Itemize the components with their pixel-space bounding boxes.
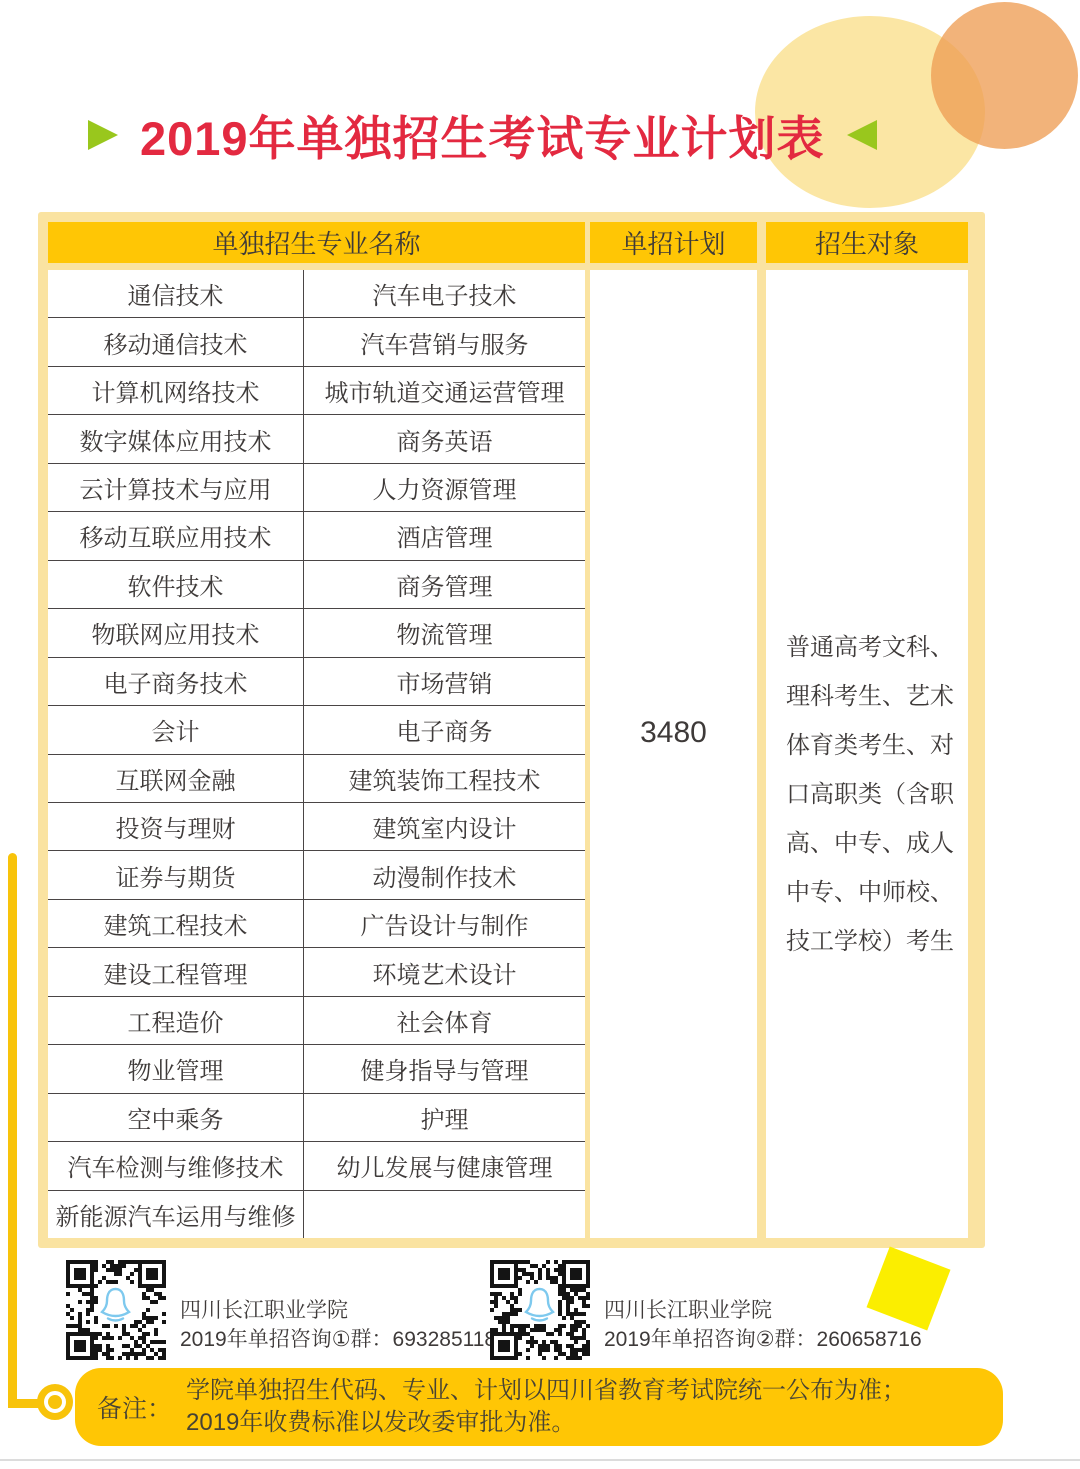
plan-panel: 3480 — [590, 270, 757, 1238]
qr-org-1: 四川长江职业学院 — [180, 1296, 496, 1325]
major-cell: 软件技术 — [48, 561, 304, 608]
table-row: 证券与期货动漫制作技术 — [48, 851, 585, 899]
major-cell: 数字媒体应用技术 — [48, 415, 304, 462]
major-cell: 社会体育 — [304, 997, 585, 1044]
major-cell: 互联网金融 — [48, 755, 304, 802]
table-row: 汽车检测与维修技术幼儿发展与健康管理 — [48, 1142, 585, 1190]
major-cell: 动漫制作技术 — [304, 851, 585, 898]
qr-contact-1: 四川长江职业学院 2019年单招咨询①群：693285118 — [66, 1260, 496, 1360]
table-row: 建设工程管理环境艺术设计 — [48, 948, 585, 996]
major-cell: 商务管理 — [304, 561, 585, 608]
major-cell: 物流管理 — [304, 609, 585, 656]
major-cell: 会计 — [48, 706, 304, 753]
table-row: 工程造价社会体育 — [48, 997, 585, 1045]
triangle-left-icon — [847, 120, 877, 150]
header-target: 招生对象 — [766, 222, 968, 263]
major-cell: 建筑室内设计 — [304, 803, 585, 850]
decorative-orange-circle — [931, 2, 1078, 149]
major-cell: 云计算技术与应用 — [48, 464, 304, 511]
target-panel: 普通高考文科、 理科考生、艺术 体育类考生、对 口高职类（含职 高、中专、成人 … — [766, 270, 968, 1238]
table-row: 电子商务技术市场营销 — [48, 658, 585, 706]
decorative-ring-dot — [48, 1395, 62, 1409]
major-cell: 护理 — [304, 1094, 585, 1141]
note-text: 学院单独招生代码、专业、计划以四川省教育考试院统一公布为准； 2019年收费标准… — [186, 1375, 906, 1439]
qr-caption-1: 四川长江职业学院 2019年单招咨询①群：693285118 — [180, 1296, 496, 1360]
major-cell: 汽车检测与维修技术 — [48, 1142, 304, 1189]
major-cell: 物业管理 — [48, 1045, 304, 1092]
qr-group-number-2: 2019年单招咨询②群：260658716 — [604, 1325, 922, 1354]
major-cell: 新能源汽车运用与维修 — [48, 1191, 304, 1238]
major-cell: 物联网应用技术 — [48, 609, 304, 656]
qr-group-number-1: 2019年单招咨询①群：693285118 — [180, 1325, 496, 1354]
table-row: 通信技术汽车电子技术 — [48, 270, 585, 318]
major-cell: 健身指导与管理 — [304, 1045, 585, 1092]
table-row: 新能源汽车运用与维修 — [48, 1191, 585, 1238]
table-row: 计算机网络技术城市轨道交通运营管理 — [48, 367, 585, 415]
major-cell: 计算机网络技术 — [48, 367, 304, 414]
qr-contact-2: 四川长江职业学院 2019年单招咨询②群：260658716 — [490, 1260, 922, 1360]
title-row: 2019年单独招生考试专业计划表 — [88, 100, 877, 170]
major-cell: 市场营销 — [304, 658, 585, 705]
table-row: 物联网应用技术物流管理 — [48, 609, 585, 657]
table-row: 云计算技术与应用人力资源管理 — [48, 464, 585, 512]
major-cell: 电子商务 — [304, 706, 585, 753]
major-cell: 通信技术 — [48, 270, 304, 317]
table-row: 移动通信技术汽车营销与服务 — [48, 318, 585, 366]
page-title: 2019年单独招生考试专业计划表 — [140, 102, 825, 169]
major-cell: 移动通信技术 — [48, 318, 304, 365]
header-majors: 单独招生专业名称 — [48, 222, 585, 263]
decorative-connector-line-vertical — [8, 853, 17, 1405]
table-row: 互联网金融建筑装饰工程技术 — [48, 755, 585, 803]
majors-table-body: 通信技术汽车电子技术移动通信技术汽车营销与服务计算机网络技术城市轨道交通运营管理… — [48, 270, 585, 1238]
plan-total-value: 3480 — [640, 716, 707, 750]
major-cell: 证券与期货 — [48, 851, 304, 898]
major-cell: 空中乘务 — [48, 1094, 304, 1141]
note-bar: 备注： 学院单独招生代码、专业、计划以四川省教育考试院统一公布为准； 2019年… — [75, 1368, 1003, 1446]
major-cell: 投资与理财 — [48, 803, 304, 850]
triangle-right-icon — [88, 120, 118, 150]
flyer-page: 2019年单独招生考试专业计划表 单独招生专业名称 单招计划 招生对象 通信技术… — [0, 0, 1080, 1469]
qr-org-2: 四川长江职业学院 — [604, 1296, 922, 1325]
major-cell: 酒店管理 — [304, 512, 585, 559]
major-cell: 商务英语 — [304, 415, 585, 462]
table-row: 移动互联应用技术酒店管理 — [48, 512, 585, 560]
table-row: 软件技术商务管理 — [48, 561, 585, 609]
major-cell: 人力资源管理 — [304, 464, 585, 511]
table-row: 会计电子商务 — [48, 706, 585, 754]
major-cell: 汽车电子技术 — [304, 270, 585, 317]
major-cell: 建设工程管理 — [48, 948, 304, 995]
decorative-connector-line-horizontal — [8, 1399, 40, 1408]
table-row: 物业管理健身指导与管理 — [48, 1045, 585, 1093]
major-cell — [304, 1191, 585, 1238]
major-cell: 建筑装饰工程技术 — [304, 755, 585, 802]
target-description: 普通高考文科、 理科考生、艺术 体育类考生、对 口高职类（含职 高、中专、成人 … — [786, 623, 954, 966]
major-cell: 工程造价 — [48, 997, 304, 1044]
major-cell: 广告设计与制作 — [304, 900, 585, 947]
major-cell: 环境艺术设计 — [304, 948, 585, 995]
table-row: 空中乘务护理 — [48, 1094, 585, 1142]
major-cell: 电子商务技术 — [48, 658, 304, 705]
major-cell: 建筑工程技术 — [48, 900, 304, 947]
table-row: 数字媒体应用技术商务英语 — [48, 415, 585, 463]
note-label: 备注： — [97, 1389, 172, 1425]
qq-group-qr-code-1 — [66, 1260, 166, 1360]
table-row: 投资与理财建筑室内设计 — [48, 803, 585, 851]
header-plan: 单招计划 — [590, 222, 757, 263]
bottom-divider-line — [0, 1459, 1080, 1461]
major-cell: 城市轨道交通运营管理 — [304, 367, 585, 414]
major-cell: 幼儿发展与健康管理 — [304, 1142, 585, 1189]
qr-caption-2: 四川长江职业学院 2019年单招咨询②群：260658716 — [604, 1296, 922, 1360]
table-row: 建筑工程技术广告设计与制作 — [48, 900, 585, 948]
qq-group-qr-code-2 — [490, 1260, 590, 1360]
major-cell: 移动互联应用技术 — [48, 512, 304, 559]
major-cell: 汽车营销与服务 — [304, 318, 585, 365]
